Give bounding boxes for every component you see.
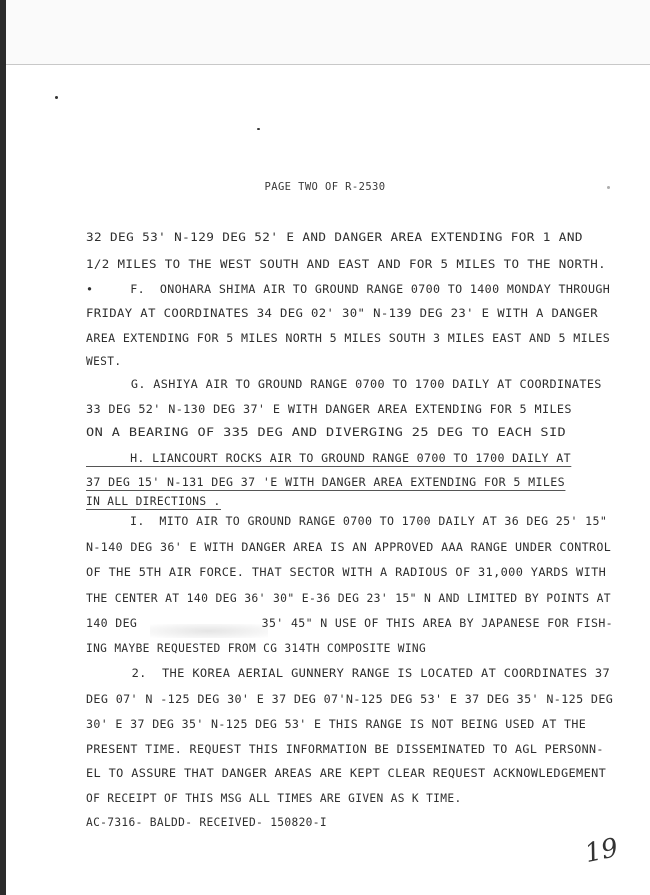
document-line: H. LIANCOURT ROCKS AIR TO GROUND RANGE 0…	[86, 452, 571, 467]
document-line: 30' E 37 DEG 35' N-125 DEG 53' E THIS RA…	[86, 718, 586, 731]
document-line: • F. ONOHARA SHIMA AIR TO GROUND RANGE 0…	[86, 283, 610, 296]
document-line: 33 DEG 52' N-130 DEG 37' E WITH DANGER A…	[86, 403, 572, 416]
document-line: AREA EXTENDING FOR 5 MILES NORTH 5 MILES…	[86, 332, 610, 345]
document-line: EL TO ASSURE THAT DANGER AREAS ARE KEPT …	[86, 767, 606, 780]
document-line: THE CENTER AT 140 DEG 36' 30" E-36 DEG 2…	[86, 592, 611, 605]
document-line: 2. THE KOREA AERIAL GUNNERY RANGE IS LOC…	[86, 667, 610, 680]
document-line: OF RECEIPT OF THIS MSG ALL TIMES ARE GIV…	[86, 792, 462, 805]
document-line: 32 DEG 53' N-129 DEG 52' E AND DANGER AR…	[86, 231, 583, 244]
scan-speck	[55, 96, 58, 99]
scan-top-band	[6, 0, 650, 64]
handwritten-page-number: 19	[582, 833, 621, 869]
document-line: AC-7316- BALDD- RECEIVED- 150820-I	[86, 816, 327, 829]
document-page: PAGE TWO OF R-2530 32 DEG 53' N-129 DEG …	[0, 0, 650, 895]
document-line: IN ALL DIRECTIONS .	[86, 495, 221, 510]
redaction-smudge	[150, 624, 268, 638]
document-line: 1/2 MILES TO THE WEST SOUTH AND EAST AND…	[86, 258, 606, 271]
document-line: ING MAYBE REQUESTED FROM CG 314TH COMPOS…	[86, 642, 426, 655]
page-header: PAGE TWO OF R-2530	[0, 181, 650, 193]
document-line: WEST.	[86, 355, 121, 368]
document-line: N-140 DEG 36' E WITH DANGER AREA IS AN A…	[86, 541, 611, 554]
scan-fold-line	[6, 64, 650, 65]
document-line: FRIDAY AT COORDINATES 34 DEG 02' 30" N-1…	[86, 307, 598, 320]
document-line: G. ASHIYA AIR TO GROUND RANGE 0700 TO 17…	[86, 378, 602, 391]
document-line: PRESENT TIME. REQUEST THIS INFORMATION B…	[86, 743, 604, 756]
scan-speck	[257, 128, 260, 130]
document-line: I. MITO AIR TO GROUND RANGE 0700 TO 1700…	[86, 515, 607, 528]
document-line: ON A BEARING OF 335 DEG AND DIVERGING 25…	[86, 426, 566, 439]
document-line: OF THE 5TH AIR FORCE. THAT SECTOR WITH A…	[86, 566, 606, 579]
document-line: 37 DEG 15' N-131 DEG 37 'E WITH DANGER A…	[86, 476, 565, 491]
scan-left-edge	[0, 0, 6, 895]
document-line: DEG 07' N -125 DEG 30' E 37 DEG 07'N-125…	[86, 693, 613, 706]
